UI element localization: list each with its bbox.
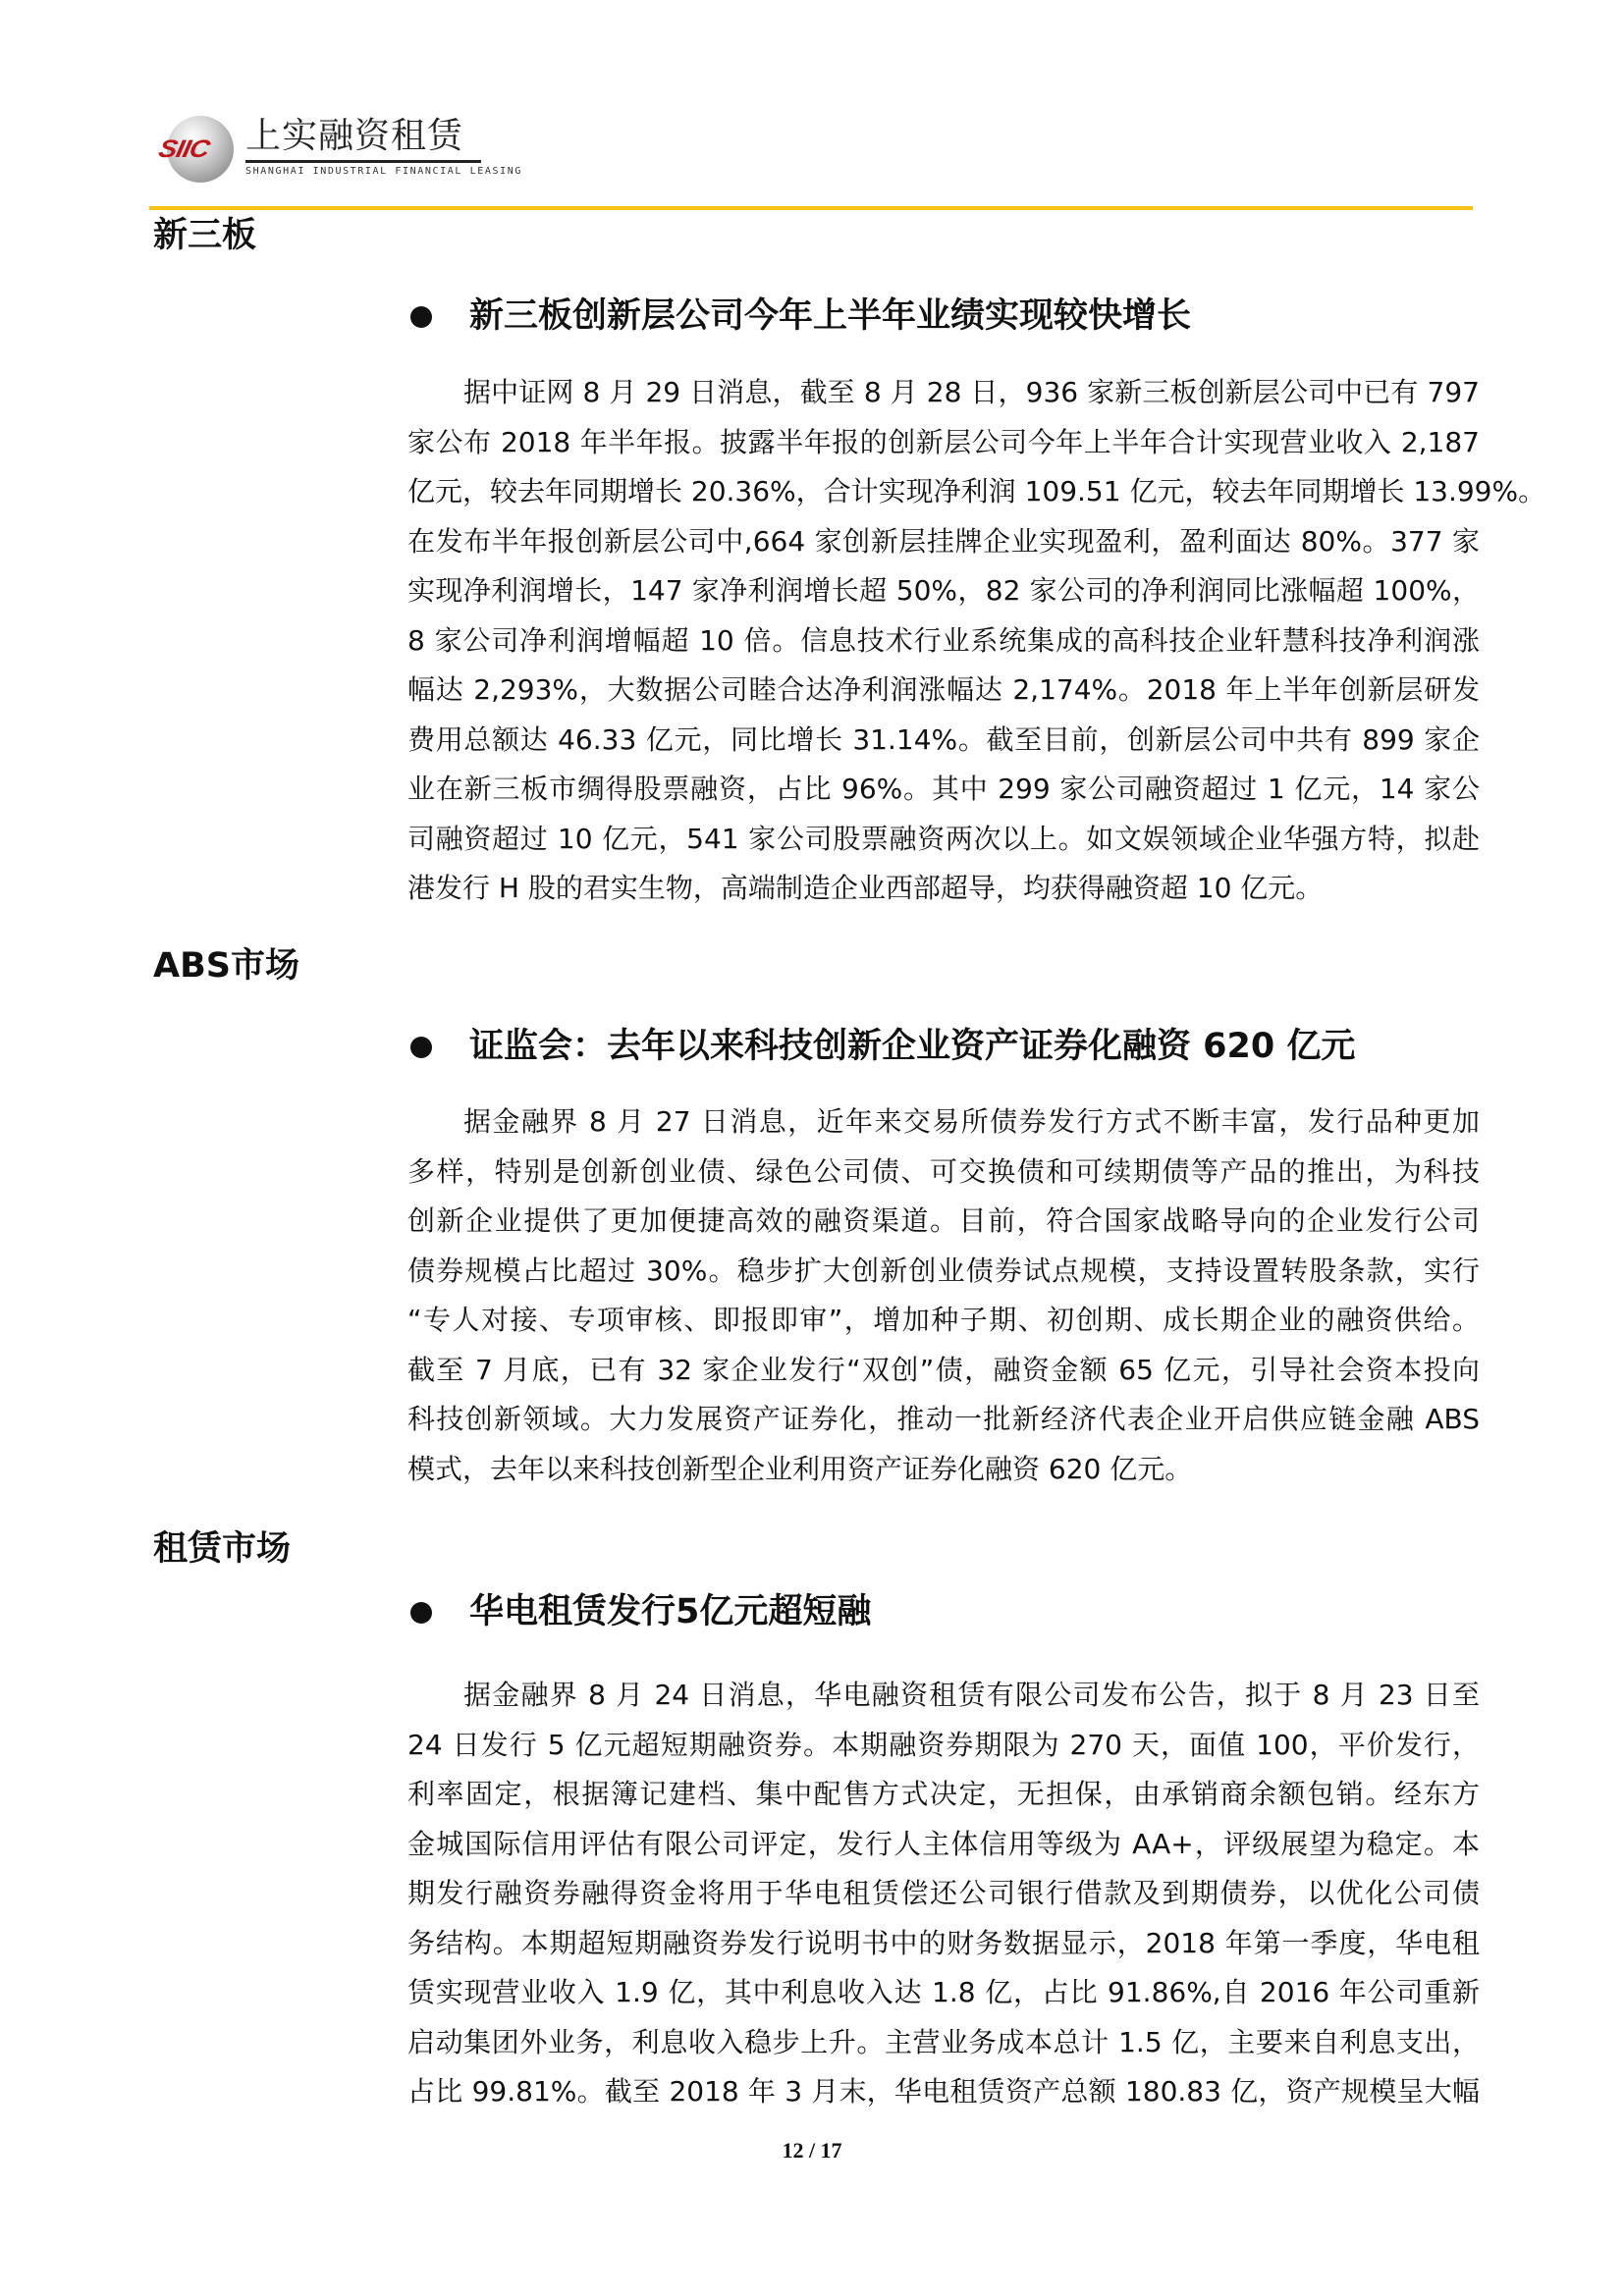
body-line: 务结构。本期超短期融资券发行说明书中的财务数据显示，2018 年第一季度，华电租 xyxy=(407,1919,1480,1969)
body-line: 24 日发行 5 亿元超短期融资券。本期融资券期限为 270 天，面值 100，… xyxy=(407,1721,1480,1771)
logo-mark: SIIC xyxy=(156,136,211,161)
body-line: 期发行融资券融得资金将用于华电租赁偿还公司银行借款及到期债券，以优化公司债 xyxy=(407,1869,1480,1919)
logo-underline xyxy=(245,160,481,163)
body-line: 据金融界 8 月 24 日消息，华电融资租赁有限公司发布公告，拟于 8 月 23… xyxy=(407,1671,1480,1721)
article-title: 新三板创新层公司今年上半年业绩实现较快增长 xyxy=(469,296,1191,336)
body-line: 实现净利润增长，147 家净利润增长超 50%，82 家公司的净利润同比涨幅超 … xyxy=(407,566,1480,616)
article-body: 据金融界 8 月 27 日消息，近年来交易所债券发行方式不断丰富，发行品种更加 … xyxy=(407,1097,1480,1494)
page-number: 12 / 17 xyxy=(0,2138,1624,2163)
body-line: 家公布 2018 年半年报。披露半年报的创新层公司今年上半年合计实现营业收入 2… xyxy=(407,418,1480,468)
article-title: 华电租赁发行5亿元超短融 xyxy=(469,1592,871,1631)
body-line: 幅达 2,293%，大数据公司睦合达净利润涨幅达 2,174%。2018 年上半… xyxy=(407,666,1480,716)
article-body: 据中证网 8 月 29 日消息，截至 8 月 28 日，936 家新三板创新层公… xyxy=(407,368,1480,914)
body-line: 亿元，较去年同期增长 20.36%，合计实现净利润 109.51 亿元，较去年同… xyxy=(407,467,1480,517)
body-line: 启动集团外业务，利息收入稳步上升。主营业务成本总计 1.5 亿，主要来自利息支出… xyxy=(407,2018,1480,2068)
body-line: 债券规模占比超过 30%。稳步扩大创新创业债券试点规模，支持设置转股条款，实行 xyxy=(407,1247,1480,1297)
body-line: 据金融界 8 月 27 日消息，近年来交易所债券发行方式不断丰富，发行品种更加 xyxy=(407,1097,1480,1148)
body-line: 利率固定，根据簿记建档、集中配售方式决定，无担保，由承销商余额包销。经东方 xyxy=(407,1770,1480,1820)
body-line: 模式，去年以来科技创新型企业利用资产证券化融资 620 亿元。 xyxy=(407,1445,1480,1495)
bullet-icon xyxy=(410,1037,432,1058)
bullet-icon xyxy=(410,1602,432,1624)
body-line: 创新企业提供了更加便捷高效的融资渠道。目前，符合国家战略导向的企业发行公司 xyxy=(407,1197,1480,1247)
body-line: 科技创新领域。大力发展资产证券化，推动一批新经济代表企业开启供应链金融 ABS xyxy=(407,1395,1480,1445)
body-line: 司融资超过 10 亿元，541 家公司股票融资两次以上。如文娱领域企业华强方特，… xyxy=(407,815,1480,865)
body-line: 占比 99.81%。截至 2018 年 3 月末，华电租赁资产总额 180.83… xyxy=(407,2067,1480,2117)
body-line: 金城国际信用评估有限公司评定，发行人主体信用等级为 AA+，评级展望为稳定。本 xyxy=(407,1820,1480,1870)
body-line: 截至 7 月底，已有 32 家企业发行“双创”债，融资金额 65 亿元，引导社会… xyxy=(407,1346,1480,1396)
body-line: 在发布半年报创新层公司中,664 家创新层挂牌企业实现盈利，盈利面达 80%。3… xyxy=(407,517,1480,567)
logo-company-name: 上实融资租赁 xyxy=(245,116,463,157)
section-heading-neeq: 新三板 xyxy=(153,216,256,255)
body-line: 8 家公司净利润增幅超 10 倍。信息技术行业系统集成的高科技企业轩慧科技净利润… xyxy=(407,616,1480,667)
body-line: 据中证网 8 月 29 日消息，截至 8 月 28 日，936 家新三板创新层公… xyxy=(407,368,1480,418)
bullet-icon xyxy=(410,306,432,328)
body-line: 赁实现营业收入 1.9 亿，其中利息收入达 1.8 亿，占比 91.86%,自 … xyxy=(407,1968,1480,2018)
header-divider xyxy=(149,206,1473,210)
body-line: 多样，特别是创新创业债、绿色公司债、可交换债和可续期债等产品的推出，为科技 xyxy=(407,1148,1480,1198)
body-line: 费用总额达 46.33 亿元，同比增长 31.14%。截至目前，创新层公司中共有… xyxy=(407,716,1480,766)
logo-english-name: SHANGHAI INDUSTRIAL FINANCIAL LEASING xyxy=(245,166,522,177)
section-heading-abs: ABS市场 xyxy=(153,946,299,986)
article-body: 据金融界 8 月 24 日消息，华电融资租赁有限公司发布公告，拟于 8 月 23… xyxy=(407,1671,1480,2117)
body-line: 业在新三板市绸得股票融资，占比 96%。其中 299 家公司融资超过 1 亿元，… xyxy=(407,765,1480,815)
article-title: 证监会：去年以来科技创新企业资产证券化融资 620 亿元 xyxy=(469,1027,1355,1066)
body-line: “专人对接、专项审核、即报即审”，增加种子期、初创期、成长期企业的融资供给。 xyxy=(407,1296,1480,1346)
section-heading-leasing: 租赁市场 xyxy=(153,1529,291,1569)
body-line: 港发行 H 股的君实生物，高端制造企业西部超导，均获得融资超 10 亿元。 xyxy=(407,864,1480,914)
company-logo: SIIC 上实融资租赁 SHANGHAI INDUSTRIAL FINANCIA… xyxy=(157,114,491,185)
